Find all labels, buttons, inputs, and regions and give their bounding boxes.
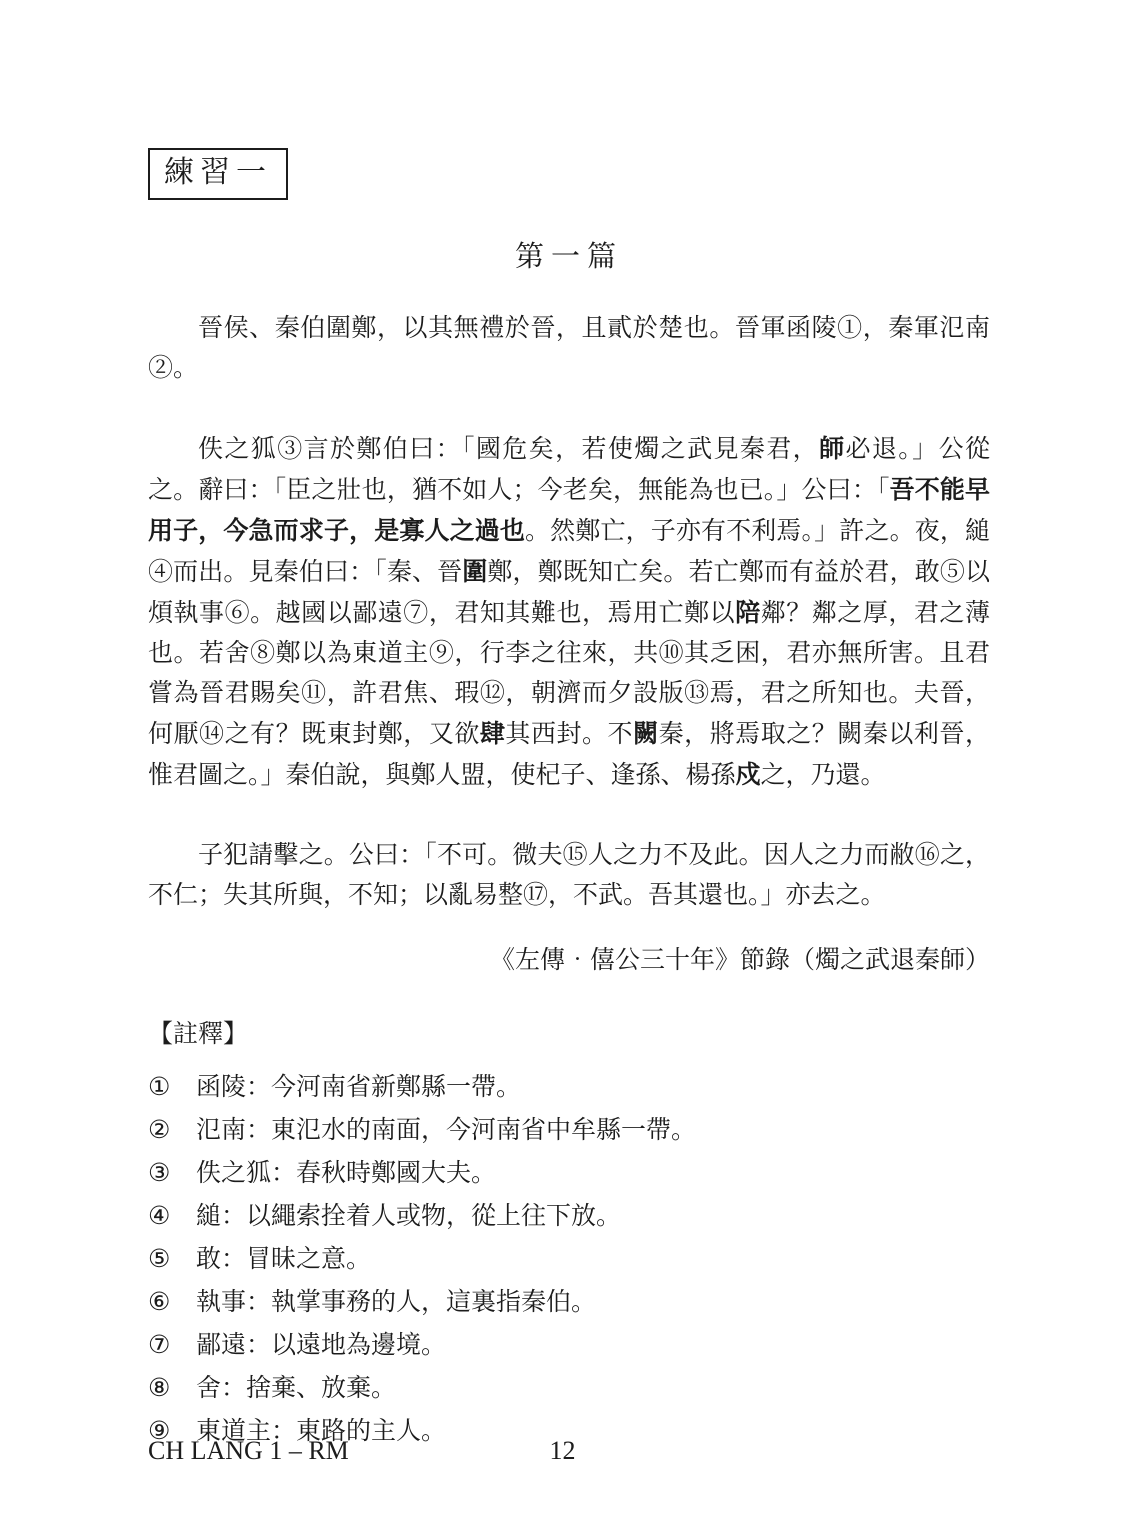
notes-header: 【註釋】 — [148, 1014, 990, 1050]
note-text: 敢：冒昧之意。 — [196, 1240, 990, 1280]
text-run: 子犯請擊之。公曰：「不可。微夫⑮人之力不及此。因人之力而敝⑯之，不仁；失其所與，… — [148, 842, 990, 909]
note-item: ①函陵：今河南省新鄭縣一帶。 — [148, 1068, 990, 1108]
passage-paragraph: 子犯請擊之。公曰：「不可。微夫⑮人之力不及此。因人之力而敝⑯之，不仁；失其所與，… — [148, 836, 990, 916]
note-number: ⑥ — [148, 1283, 196, 1323]
document-page: 練習一 第一篇 晉侯、秦伯圍鄭，以其無禮於晉，且貳於楚也。晉軍函陵①，秦軍氾南②… — [0, 0, 1125, 1538]
note-item: ③佚之狐：春秋時鄭國大夫。 — [148, 1154, 990, 1194]
note-item: ⑧舍：捨棄、放棄。 — [148, 1369, 990, 1409]
source-citation: 《左傳‧僖公三十年》節錄（燭之武退秦師） — [148, 940, 990, 976]
note-number: ⑦ — [148, 1326, 196, 1366]
note-text: 縋：以繩索拴着人或物，從上往下放。 — [196, 1197, 990, 1237]
note-number: ① — [148, 1068, 196, 1108]
bold-run: 戍 — [736, 761, 761, 789]
note-number: ⑧ — [148, 1369, 196, 1409]
note-item: ⑦鄙遠：以遠地為邊境。 — [148, 1326, 990, 1366]
note-number: ② — [148, 1111, 196, 1151]
bold-run: 肆 — [480, 720, 506, 748]
bold-run: 圍 — [462, 558, 487, 586]
bold-run: 陪 — [735, 599, 761, 627]
bold-run: 闕 — [633, 720, 659, 748]
passage-paragraph: 晉侯、秦伯圍鄭，以其無禮於晉，且貳於楚也。晉軍函陵①，秦軍氾南②。 — [148, 309, 990, 389]
note-item: ⑥執事：執掌事務的人，這裏指秦伯。 — [148, 1283, 990, 1323]
page-footer: CH LANG 1 – RM 12 — [0, 1436, 1125, 1476]
note-text: 鄙遠：以遠地為邊境。 — [196, 1326, 990, 1366]
passage: 晉侯、秦伯圍鄭，以其無禮於晉，且貳於楚也。晉軍函陵①，秦軍氾南②。佚之狐③言於鄭… — [148, 309, 990, 916]
text-run: 其西封。不 — [505, 721, 633, 748]
footer-page-number: 12 — [0, 1436, 1125, 1466]
note-item: ④縋：以繩索拴着人或物，從上往下放。 — [148, 1197, 990, 1237]
note-text: 執事：執掌事務的人，這裏指秦伯。 — [196, 1283, 990, 1323]
notes-list: ①函陵：今河南省新鄭縣一帶。②氾南：東氾水的南面，今河南省中牟縣一帶。③佚之狐：… — [148, 1068, 990, 1452]
note-text: 佚之狐：春秋時鄭國大夫。 — [196, 1154, 990, 1194]
passage-paragraph: 佚之狐③言於鄭伯曰：「國危矣，若使燭之武見秦君，師必退。」公從之。辭曰：「臣之壯… — [148, 429, 990, 796]
note-item: ②氾南：東氾水的南面，今河南省中牟縣一帶。 — [148, 1111, 990, 1151]
note-number: ③ — [148, 1154, 196, 1194]
text-run: 佚之狐③言於鄭伯曰：「國危矣，若使燭之武見秦君， — [198, 436, 819, 463]
note-text: 函陵：今河南省新鄭縣一帶。 — [196, 1068, 990, 1108]
bold-run: 師 — [819, 435, 845, 463]
note-item: ⑤敢：冒昧之意。 — [148, 1240, 990, 1280]
note-number: ⑤ — [148, 1240, 196, 1280]
section-title: 第一篇 — [148, 234, 990, 275]
note-text: 舍：捨棄、放棄。 — [196, 1369, 990, 1409]
note-text: 氾南：東氾水的南面，今河南省中牟縣一帶。 — [196, 1111, 990, 1151]
text-run: 晉侯、秦伯圍鄭，以其無禮於晉，且貳於楚也。晉軍函陵①，秦軍氾南②。 — [148, 315, 990, 382]
exercise-label: 練習一 — [148, 148, 288, 200]
note-number: ④ — [148, 1197, 196, 1237]
text-run: 之，乃還。 — [761, 762, 886, 789]
